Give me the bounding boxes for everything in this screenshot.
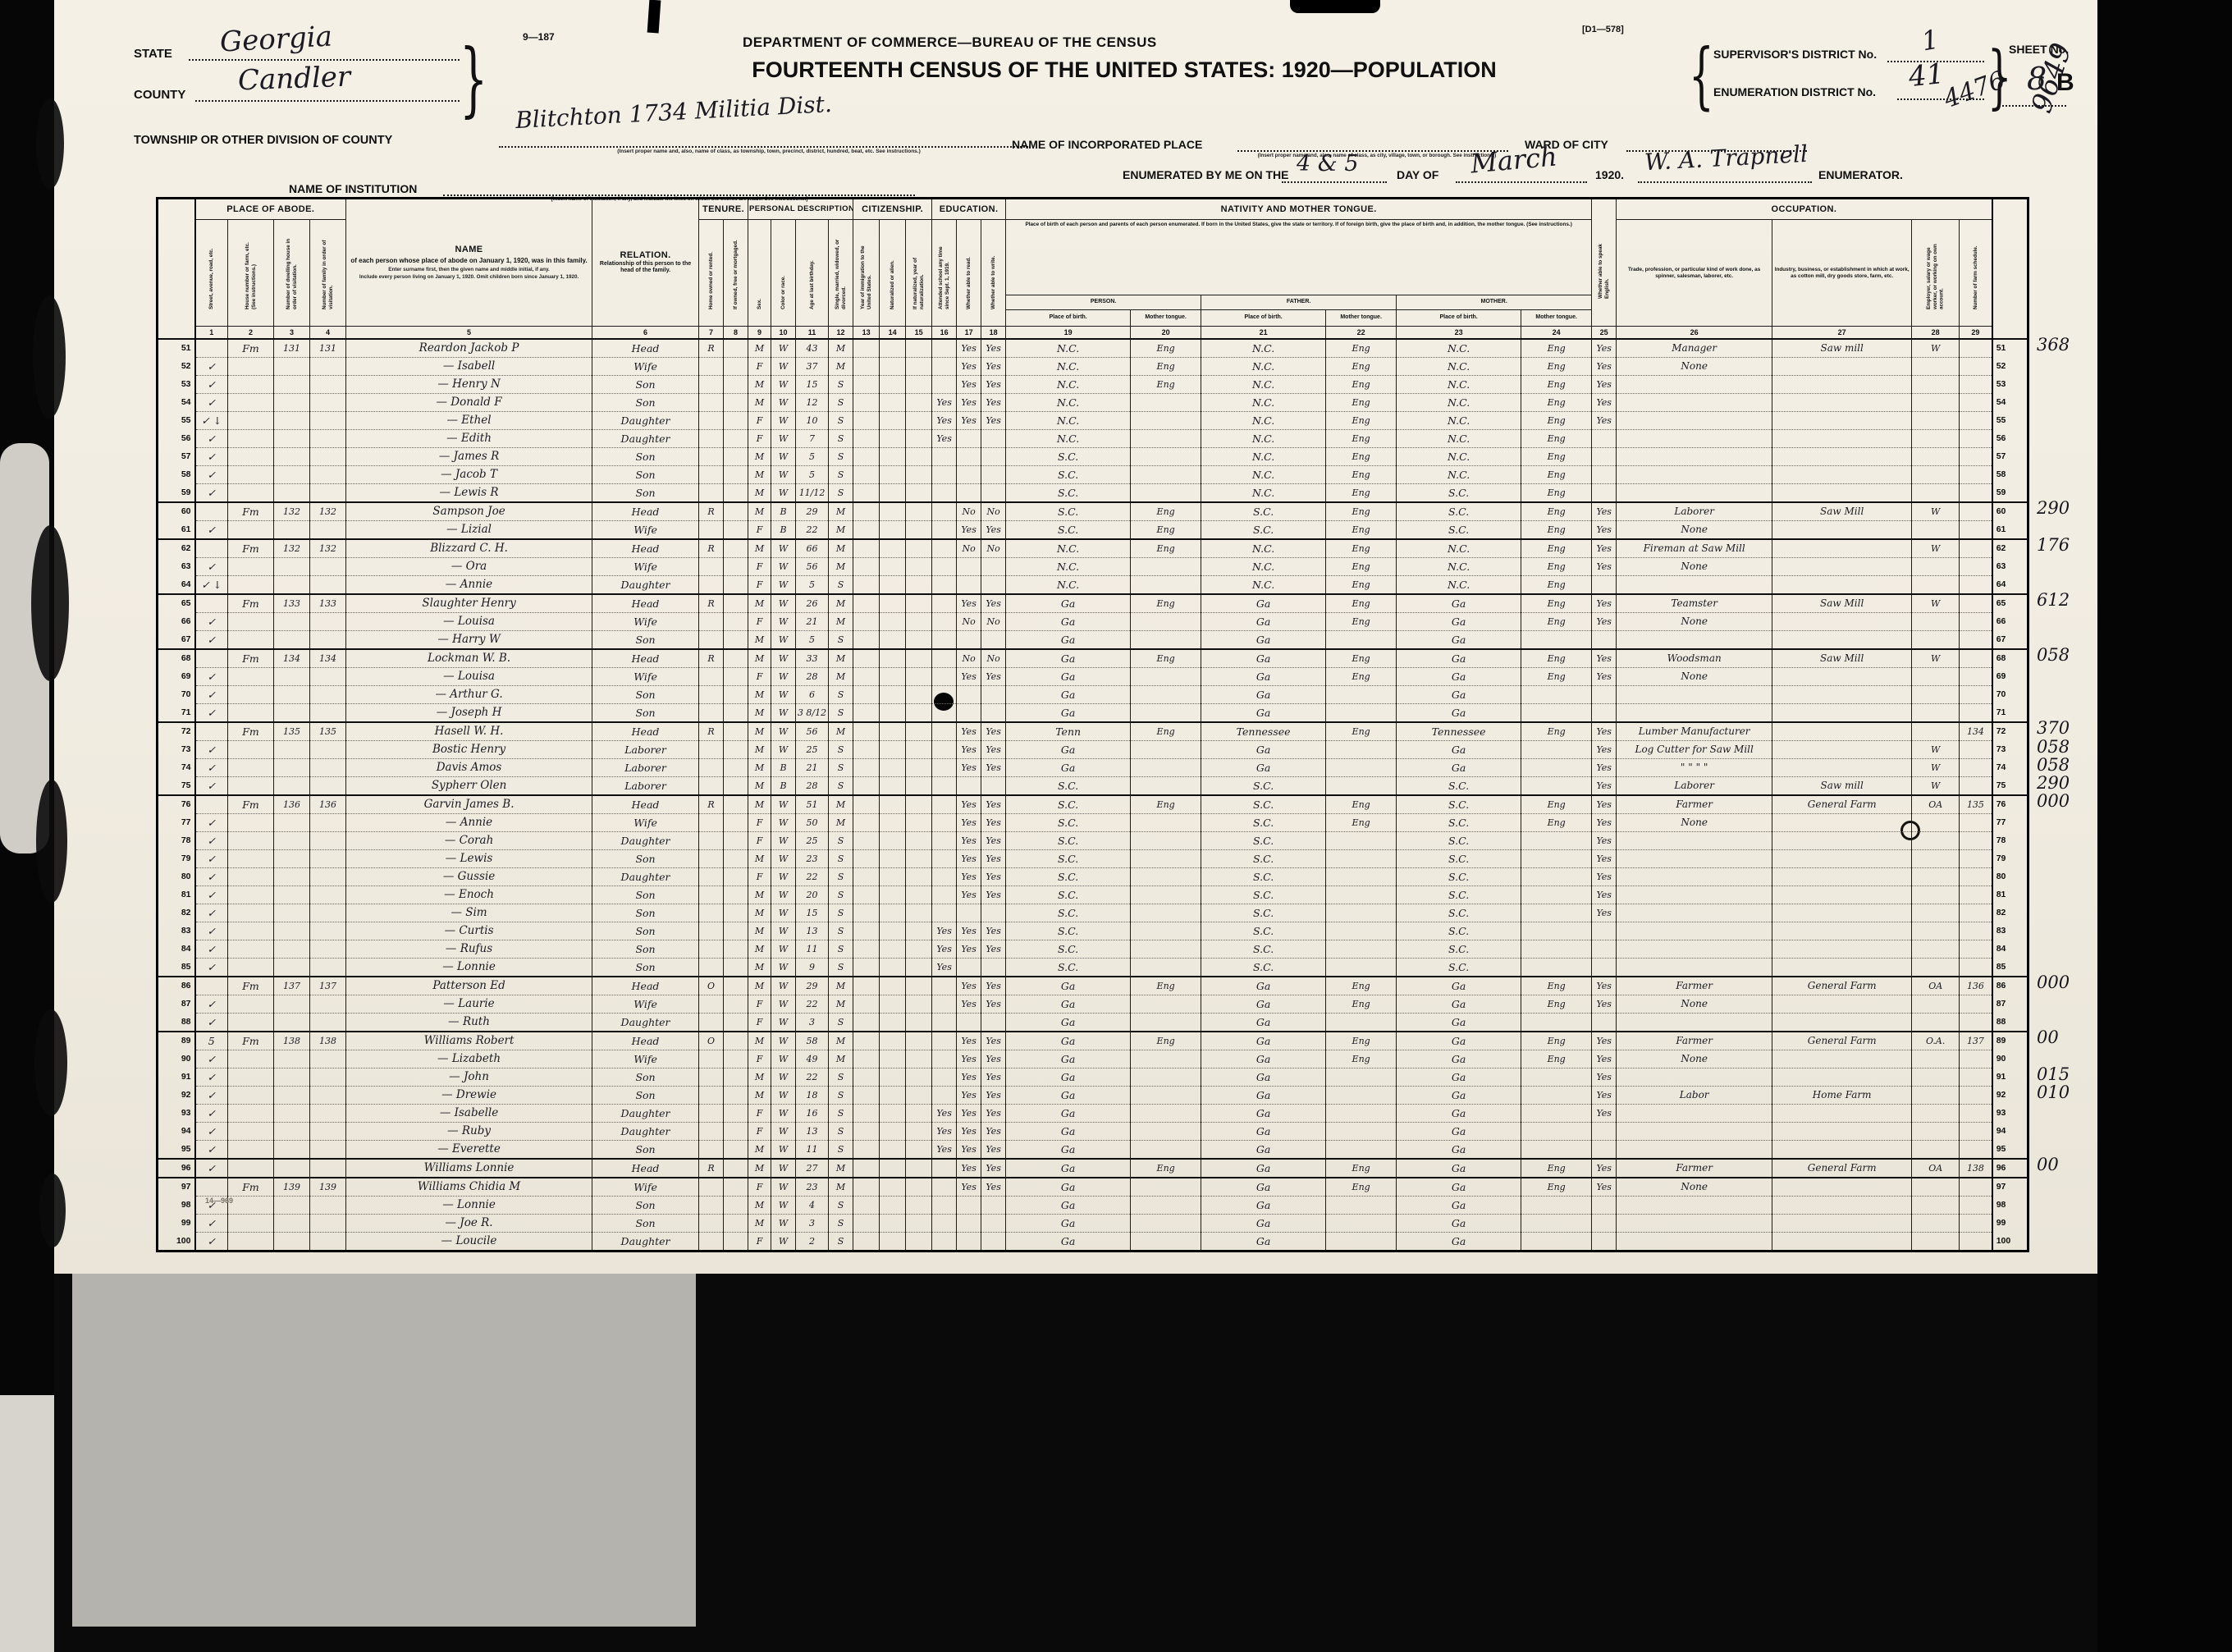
cell-dwelling-number (274, 758, 310, 776)
cell-free-mortgaged (724, 1178, 748, 1197)
cell-owned-rented (699, 1122, 724, 1140)
column-number: 2 (228, 327, 274, 339)
cell-person-pob: N.C. (1006, 575, 1131, 594)
cell-family-number (310, 630, 346, 649)
cell-color-race: W (771, 1086, 796, 1104)
line-number: 69 (158, 667, 195, 685)
cell-age: 25 (796, 740, 829, 758)
father-pob-header: Place of birth. (1201, 310, 1326, 327)
cell-house-farm (228, 1140, 274, 1159)
cell-person-mt: Eng (1131, 795, 1201, 814)
cell-school (932, 502, 957, 521)
cell-read: Yes (957, 520, 981, 539)
cell-owned-rented (699, 1232, 724, 1251)
cell-naturalized (880, 465, 906, 483)
cell-father-pob: N.C. (1201, 447, 1326, 465)
english-col-label: Whether able to speak English. (1598, 227, 1611, 299)
cell-industry: Home Farm (1772, 1086, 1912, 1104)
cell-school (932, 447, 957, 465)
cell-father-mt: Eng (1326, 539, 1397, 558)
column-number: 18 (981, 327, 1006, 339)
cell-person-pob: Ga (1006, 740, 1131, 758)
cell-naturalized (880, 904, 906, 922)
cell-trade: Farmer (1617, 977, 1772, 995)
cell-read (957, 703, 981, 722)
cell-family-number (310, 465, 346, 483)
col-school-header: Attended school any time since Sept. 1, … (932, 220, 957, 327)
cell-naturalization-year (906, 375, 932, 393)
cell-write: Yes (981, 1104, 1006, 1122)
cell-name: — Joe R. (346, 1214, 592, 1232)
cell-free-mortgaged (724, 594, 748, 613)
cell-owned-rented (699, 813, 724, 831)
column-number: 20 (1131, 327, 1201, 339)
cell-employer-class (1912, 958, 1960, 977)
column-number: 19 (1006, 327, 1131, 339)
cell-employer-class (1912, 1122, 1960, 1140)
cell-relation: Daughter (592, 831, 699, 849)
cell-color-race: W (771, 1178, 796, 1197)
cell-read: Yes (957, 885, 981, 904)
cell-street: ✓ (195, 483, 228, 502)
cell-father-mt: Eng (1326, 375, 1397, 393)
cell-marital: S (829, 885, 853, 904)
cell-house-farm (228, 1086, 274, 1104)
cell-trade: Farmer (1617, 795, 1772, 814)
cell-read: Yes (957, 1122, 981, 1140)
cell-naturalization-year (906, 483, 932, 502)
cell-father-mt: Eng (1326, 447, 1397, 465)
cell-dwelling-number: 131 (274, 339, 310, 358)
cell-trade (1617, 575, 1772, 594)
cell-immigration-year (853, 940, 880, 958)
cell-school (932, 1068, 957, 1086)
cell-name: — Laurie (346, 995, 592, 1013)
cell-trade (1617, 1104, 1772, 1122)
cell-naturalized (880, 502, 906, 521)
cell-person-mt: Eng (1131, 722, 1201, 741)
cell-employer-class: W (1912, 502, 1960, 521)
cell-write: No (981, 502, 1006, 521)
cell-age: 6 (796, 685, 829, 703)
cell-house-farm: Fm (228, 539, 274, 558)
cell-naturalization-year (906, 1178, 932, 1197)
cell-school (932, 339, 957, 358)
cell-read: Yes (957, 1159, 981, 1178)
cell-street: ✓ (195, 1104, 228, 1122)
cell-age: 49 (796, 1050, 829, 1068)
cell-immigration-year (853, 776, 880, 795)
cell-industry (1772, 667, 1912, 685)
cell-immigration-year (853, 867, 880, 885)
torn-edge-mark (33, 295, 66, 419)
cell-father-mt (1326, 1196, 1397, 1214)
cell-person-pob: Ga (1006, 703, 1131, 722)
cell-school (932, 557, 957, 575)
cell-school (932, 375, 957, 393)
cell-owned-rented (699, 1068, 724, 1086)
cell-father-pob: Ga (1201, 1122, 1326, 1140)
cell-relation: Wife (592, 357, 699, 375)
cell-naturalization-year (906, 977, 932, 995)
cell-family-number (310, 685, 346, 703)
cell-father-pob: Ga (1201, 649, 1326, 668)
cell-father-mt: Eng (1326, 429, 1397, 447)
cell-house-farm (228, 1214, 274, 1232)
margin-note: 010 (2037, 1082, 2070, 1102)
cell-father-pob: S.C. (1201, 958, 1326, 977)
cell-father-pob: S.C. (1201, 795, 1326, 814)
cell-person-mt (1131, 1178, 1201, 1197)
cell-family-number (310, 995, 346, 1013)
column-number: 6 (592, 327, 699, 339)
cell-name: — Isabell (346, 357, 592, 375)
cell-father-pob: Ga (1201, 1232, 1326, 1251)
cell-relation: Son (592, 1140, 699, 1159)
cell-read: Yes (957, 1104, 981, 1122)
column-number: 4 (310, 327, 346, 339)
cell-naturalization-year (906, 867, 932, 885)
cell-english: Yes (1592, 520, 1617, 539)
cell-father-pob: S.C. (1201, 776, 1326, 795)
cell-english (1592, 1140, 1617, 1159)
cell-person-mt (1131, 630, 1201, 649)
cell-naturalized (880, 922, 906, 940)
cell-age: 5 (796, 630, 829, 649)
line-number: 90 (158, 1050, 195, 1068)
line-number-right: 69 (1992, 667, 2028, 685)
cell-mother-mt: Eng (1521, 1159, 1592, 1178)
cell-farm-schedule (1960, 649, 1992, 668)
table-row: 63✓— OraWifeFW56MN.C.N.C.EngN.C.EngYesNo… (158, 557, 2028, 575)
cell-read: Yes (957, 849, 981, 867)
cell-age: 43 (796, 339, 829, 358)
cell-school (932, 1196, 957, 1214)
cell-farm-schedule (1960, 502, 1992, 521)
cell-relation: Wife (592, 1178, 699, 1197)
cell-street: ✓ (195, 831, 228, 849)
cell-sex: F (748, 612, 771, 630)
cell-farm-schedule (1960, 465, 1992, 483)
cell-relation: Head (592, 502, 699, 521)
cell-person-pob: N.C. (1006, 539, 1131, 558)
cell-mother-mt: Eng (1521, 375, 1592, 393)
cell-relation: Head (592, 795, 699, 814)
cell-sex: M (748, 1196, 771, 1214)
cell-naturalization-year (906, 612, 932, 630)
cell-marital: S (829, 849, 853, 867)
cell-mother-mt (1521, 940, 1592, 958)
cell-read: Yes (957, 740, 981, 758)
cell-person-mt (1131, 740, 1201, 758)
cell-industry (1772, 1104, 1912, 1122)
cell-employer-class (1912, 357, 1960, 375)
cell-house-farm (228, 612, 274, 630)
cell-free-mortgaged (724, 483, 748, 502)
cell-marital: S (829, 575, 853, 594)
cell-father-pob: Ga (1201, 1050, 1326, 1068)
cell-color-race: W (771, 831, 796, 849)
footer-form-note: 14—969 (205, 1197, 233, 1205)
cell-age: 22 (796, 1068, 829, 1086)
cell-mother-mt: Eng (1521, 977, 1592, 995)
cell-school: Yes (932, 1140, 957, 1159)
cell-write (981, 703, 1006, 722)
cell-farm-schedule (1960, 357, 1992, 375)
cell-free-mortgaged (724, 375, 748, 393)
cell-english (1592, 1122, 1617, 1140)
line-number-right: 87 (1992, 995, 2028, 1013)
cell-age: 21 (796, 758, 829, 776)
cell-name: — Lewis R (346, 483, 592, 502)
cell-trade: " " " " (1617, 758, 1772, 776)
cell-read: Yes (957, 357, 981, 375)
cell-english: Yes (1592, 722, 1617, 741)
cell-street: ✓ (195, 1086, 228, 1104)
cell-person-mt: Eng (1131, 1032, 1201, 1050)
cell-street (195, 795, 228, 814)
cell-read: No (957, 539, 981, 558)
cell-person-pob: S.C. (1006, 483, 1131, 502)
cell-dwelling-number (274, 1232, 310, 1251)
cell-farm-schedule (1960, 1214, 1992, 1232)
cell-trade (1617, 685, 1772, 703)
cell-read: Yes (957, 1050, 981, 1068)
cell-marital: S (829, 1122, 853, 1140)
cell-school (932, 904, 957, 922)
cell-relation: Son (592, 393, 699, 411)
cell-mother-pob: S.C. (1397, 940, 1521, 958)
margin-note: 612 (2037, 590, 2070, 610)
cell-family-number (310, 958, 346, 977)
cell-street: ✓ (195, 995, 228, 1013)
cell-write: Yes (981, 922, 1006, 940)
cell-naturalized (880, 940, 906, 958)
cell-immigration-year (853, 520, 880, 539)
cell-owned-rented (699, 904, 724, 922)
column-number: 27 (1772, 327, 1912, 339)
column-english-header: Whether able to speak English. (1592, 199, 1617, 327)
cell-family-number (310, 357, 346, 375)
census-sheet-scan: 9—187 DEPARTMENT OF COMMERCE—BUREAU OF T… (0, 0, 2232, 1652)
cell-sex: M (748, 1214, 771, 1232)
cell-name: — Jacob T (346, 465, 592, 483)
cell-family-number (310, 1086, 346, 1104)
cell-sex: M (748, 1086, 771, 1104)
cell-color-race: W (771, 1104, 796, 1122)
cell-color-race: W (771, 958, 796, 977)
cell-person-mt: Eng (1131, 977, 1201, 995)
cell-employer-class (1912, 465, 1960, 483)
cell-name: — Edith (346, 429, 592, 447)
cell-relation: Laborer (592, 776, 699, 795)
cell-owned-rented (699, 667, 724, 685)
cell-naturalized (880, 630, 906, 649)
cell-industry (1772, 722, 1912, 741)
cell-name: — Lonnie (346, 958, 592, 977)
cell-house-farm (228, 465, 274, 483)
cell-naturalized (880, 1104, 906, 1122)
cell-read (957, 1013, 981, 1032)
cell-street (195, 722, 228, 741)
cell-age: 26 (796, 594, 829, 613)
cell-family-number (310, 520, 346, 539)
cell-marital: M (829, 813, 853, 831)
cell-read: Yes (957, 1068, 981, 1086)
cell-owned-rented (699, 922, 724, 940)
table-row: 51Fm131131Reardon Jackob PHeadRMW43MYesY… (158, 339, 2028, 358)
enumerated-prefix: ENUMERATED BY ME ON THE (1123, 168, 1289, 181)
cell-person-mt (1131, 411, 1201, 429)
relation-desc: Relationship of this person to the head … (593, 261, 697, 275)
cell-father-mt (1326, 1140, 1397, 1159)
cell-person-mt (1131, 885, 1201, 904)
cell-color-race: W (771, 795, 796, 814)
cell-immigration-year (853, 813, 880, 831)
cell-marital: M (829, 502, 853, 521)
cell-person-pob: Ga (1006, 1050, 1131, 1068)
line-number-right: 95 (1992, 1140, 2028, 1159)
column-number: 17 (957, 327, 981, 339)
cell-owned-rented (699, 393, 724, 411)
cell-read: No (957, 649, 981, 668)
cell-marital: M (829, 1032, 853, 1050)
cell-employer-class: W (1912, 758, 1960, 776)
cell-free-mortgaged (724, 1122, 748, 1140)
cell-naturalized (880, 1068, 906, 1086)
cell-trade: Lumber Manufacturer (1617, 722, 1772, 741)
cell-person-mt (1131, 575, 1201, 594)
group-occupation: OCCUPATION. (1617, 199, 1992, 220)
cell-write: No (981, 539, 1006, 558)
cell-trade: None (1617, 995, 1772, 1013)
cell-age: 22 (796, 995, 829, 1013)
district-open-brace: { (1689, 33, 1714, 117)
cell-father-pob: N.C. (1201, 557, 1326, 575)
cell-employer-class (1912, 904, 1960, 922)
cell-industry (1772, 995, 1912, 1013)
cell-english (1592, 1013, 1617, 1032)
cell-trade (1617, 411, 1772, 429)
cell-read: Yes (957, 594, 981, 613)
cell-marital: M (829, 795, 853, 814)
cell-person-mt: Eng (1131, 594, 1201, 613)
cell-mother-pob: S.C. (1397, 776, 1521, 795)
cell-father-pob: S.C. (1201, 940, 1326, 958)
cell-person-mt (1131, 776, 1201, 795)
margin-note: 058 (2037, 755, 2070, 775)
cell-free-mortgaged (724, 1232, 748, 1251)
cell-immigration-year (853, 958, 880, 977)
cell-dwelling-number (274, 831, 310, 849)
cell-naturalization-year (906, 557, 932, 575)
cell-farm-schedule: 134 (1960, 722, 1992, 741)
cell-immigration-year (853, 1104, 880, 1122)
cell-family-number (310, 776, 346, 795)
cell-color-race: W (771, 649, 796, 668)
cell-color-race: W (771, 722, 796, 741)
cell-mother-pob: Ga (1397, 758, 1521, 776)
table-row: 86Fm137137Patterson EdHeadOMW29MYesYesGa… (158, 977, 2028, 995)
cell-color-race: W (771, 630, 796, 649)
cell-employer-class (1912, 885, 1960, 904)
cell-person-pob: Ga (1006, 612, 1131, 630)
cell-industry (1772, 758, 1912, 776)
cell-marital: S (829, 630, 853, 649)
cell-farm-schedule (1960, 667, 1992, 685)
cell-father-pob: Ga (1201, 1068, 1326, 1086)
col-naturalization-year-header: If naturalized, year of naturalization. (906, 220, 932, 327)
cell-street: ✓ (195, 958, 228, 977)
cell-english: Yes (1592, 667, 1617, 685)
line-number-right: 76 (1992, 795, 2028, 814)
cell-immigration-year (853, 411, 880, 429)
cell-industry (1772, 447, 1912, 465)
cell-farm-schedule (1960, 1050, 1992, 1068)
cell-read (957, 447, 981, 465)
cell-mother-pob: N.C. (1397, 411, 1521, 429)
table-row: 94✓— RubyDaughterFW13SYesYesYesGaGaGa94 (158, 1122, 2028, 1140)
cell-mother-pob: Ga (1397, 1104, 1521, 1122)
cell-house-farm (228, 667, 274, 685)
cell-family-number: 137 (310, 977, 346, 995)
cell-sex: F (748, 520, 771, 539)
cell-father-mt (1326, 630, 1397, 649)
cell-father-mt: Eng (1326, 357, 1397, 375)
cell-relation: Wife (592, 557, 699, 575)
cell-owned-rented (699, 958, 724, 977)
cell-employer-class: W (1912, 339, 1960, 358)
cell-free-mortgaged (724, 740, 748, 758)
cell-street (195, 339, 228, 358)
cell-father-pob: N.C. (1201, 465, 1326, 483)
line-number: 63 (158, 557, 195, 575)
cell-relation: Wife (592, 1050, 699, 1068)
line-number-right: 81 (1992, 885, 2028, 904)
cell-farm-schedule (1960, 904, 1992, 922)
cell-owned-rented (699, 357, 724, 375)
cell-father-mt (1326, 867, 1397, 885)
table-row: 65Fm133133Slaughter HenryHeadRMW26MYesYe… (158, 594, 2028, 613)
cell-mother-pob: Ga (1397, 1032, 1521, 1050)
cell-name: — Harry W (346, 630, 592, 649)
cell-color-race: W (771, 1196, 796, 1214)
margin-note: 058 (2037, 737, 2070, 757)
cell-immigration-year (853, 667, 880, 685)
column-number-row: 1234567891011121314151617181920212223242… (158, 327, 2028, 339)
cell-english: Yes (1592, 849, 1617, 867)
cell-mother-pob: Ga (1397, 995, 1521, 1013)
cell-age: 66 (796, 539, 829, 558)
cell-father-pob: Ga (1201, 667, 1326, 685)
cell-marital: S (829, 940, 853, 958)
cell-family-number (310, 1214, 346, 1232)
cell-relation: Wife (592, 995, 699, 1013)
cell-farm-schedule (1960, 885, 1992, 904)
cell-school (932, 776, 957, 795)
cell-trade (1617, 375, 1772, 393)
cell-person-mt (1131, 1068, 1201, 1086)
cell-immigration-year (853, 1032, 880, 1050)
cell-relation: Wife (592, 813, 699, 831)
cell-free-mortgaged (724, 411, 748, 429)
line-number-right: 54 (1992, 393, 2028, 411)
cell-read (957, 630, 981, 649)
table-row: 93✓— IsabelleDaughterFW16SYesYesYesGaGaG… (158, 1104, 2028, 1122)
table-row: 64✓ ↓— AnnieDaughterFW5SN.C.N.C.EngN.C.E… (158, 575, 2028, 594)
cell-sex: M (748, 1159, 771, 1178)
table-row: 66✓— LouisaWifeFW21MNoNoGaGaEngGaEngYesN… (158, 612, 2028, 630)
